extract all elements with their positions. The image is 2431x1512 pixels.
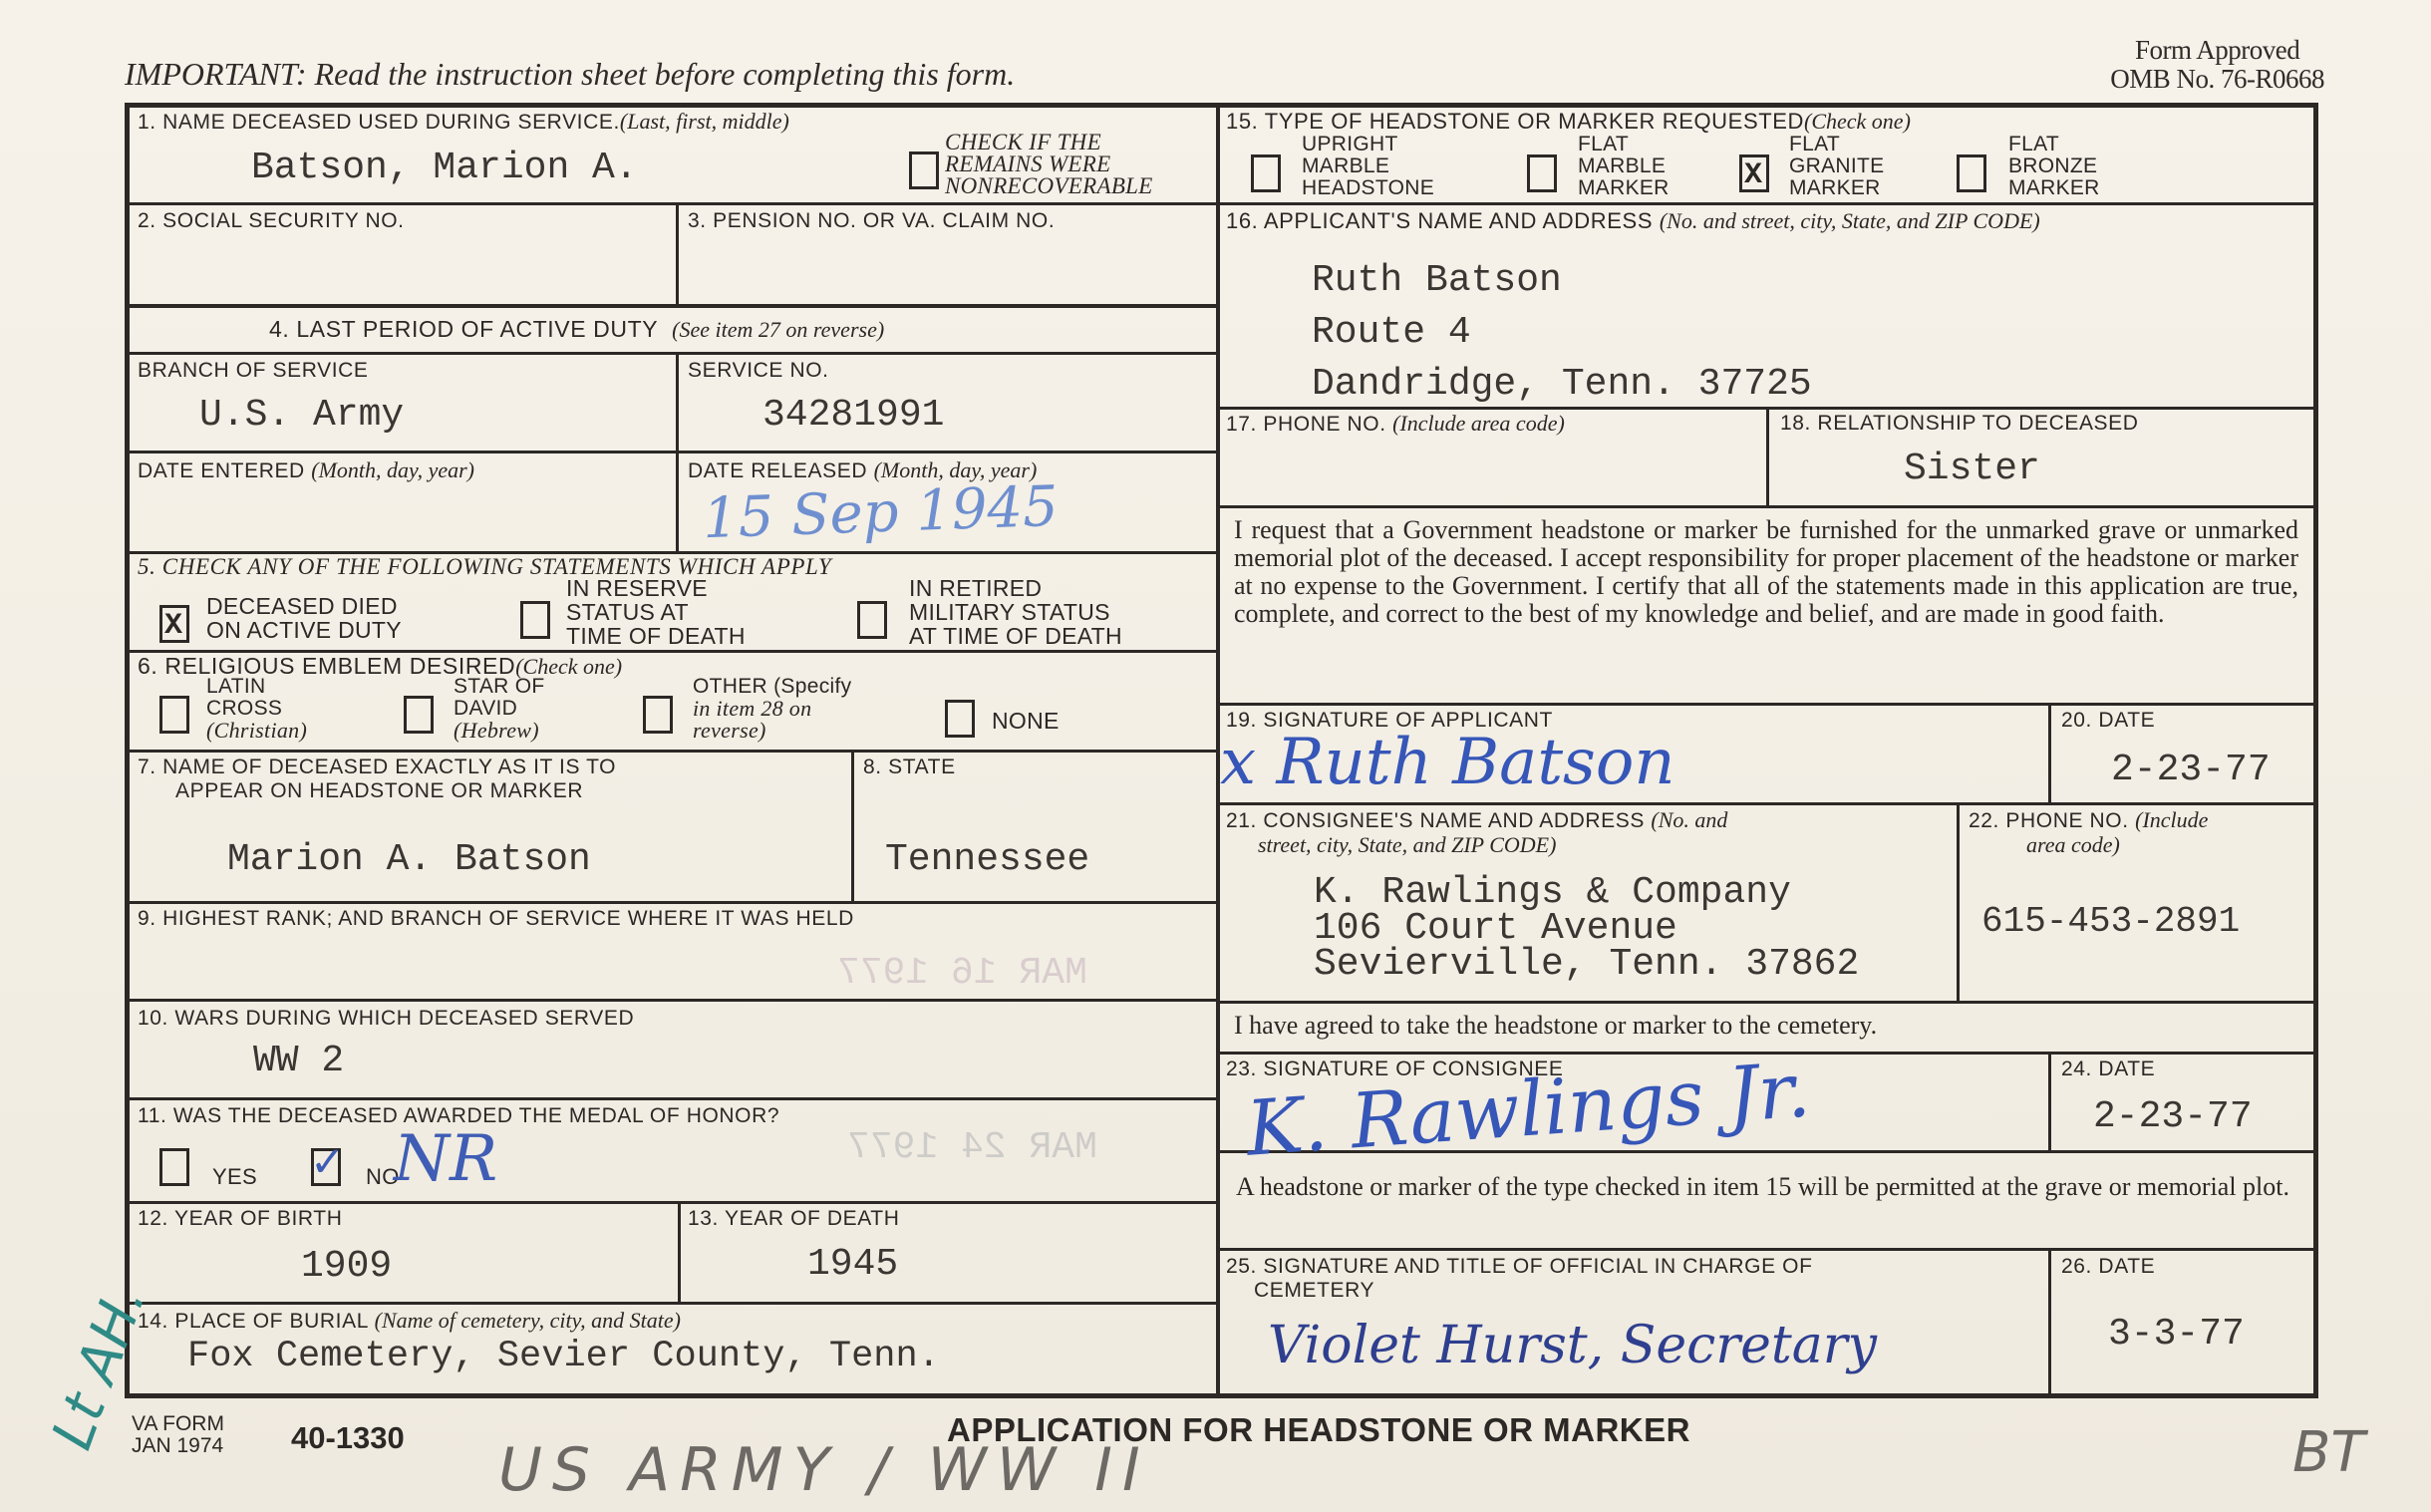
flat-granite-label: FLAT GRANITE MARKER bbox=[1789, 134, 1884, 199]
applicant-address-field[interactable]: Ruth Batson Route 4 Dandridge, Tenn. 377… bbox=[1312, 255, 1812, 411]
item-25-label-line: 25. SIGNATURE AND TITLE OF OFFICIAL IN C… bbox=[1226, 1255, 1813, 1279]
item-9-label: 9. HIGHEST RANK; AND BRANCH OF SERVICE W… bbox=[138, 907, 854, 931]
option-line: TIME OF DEATH bbox=[566, 624, 746, 648]
none-emblem-checkbox[interactable] bbox=[945, 700, 975, 738]
applicant-street: Route 4 bbox=[1312, 307, 1812, 359]
option-line: MARBLE bbox=[1302, 155, 1434, 177]
item-22-hint: area code) bbox=[2026, 832, 2120, 857]
applicant-signature[interactable]: x Ruth Batson bbox=[1220, 726, 1675, 799]
item-4-hint: (See item 27 on reverse) bbox=[672, 317, 884, 342]
branch-label: BRANCH OF SERVICE bbox=[138, 359, 369, 383]
flat-granite-checkbox[interactable] bbox=[1739, 154, 1769, 192]
option-line: GRANITE bbox=[1789, 155, 1884, 177]
option-line: (Christian) bbox=[206, 720, 307, 742]
consignee-date-field[interactable]: 2-23-77 bbox=[2093, 1096, 2253, 1138]
permit-statement: A headstone or marker of the type checke… bbox=[1236, 1172, 2302, 1201]
item-15-label: 15. TYPE OF HEADSTONE OR MARKER REQUESTE… bbox=[1226, 110, 1911, 134]
option-line: MARKER bbox=[2008, 177, 2100, 199]
divider bbox=[128, 1201, 1218, 1204]
state-field[interactable]: Tennessee bbox=[885, 839, 1089, 881]
item-24-label: 24. DATE bbox=[2061, 1058, 2155, 1081]
omb-approval: Form Approved OMB No. 76-R0668 bbox=[2110, 36, 2324, 94]
received-stamp: MAR 24 1977 bbox=[847, 1126, 1097, 1169]
divider bbox=[1218, 1001, 2315, 1004]
medal-yes-label: YES bbox=[212, 1166, 257, 1188]
applicant-city-state-zip: Dandridge, Tenn. 37725 bbox=[1312, 359, 1812, 411]
item-1-label: 1. NAME DECEASED USED DURING SERVICE.(La… bbox=[138, 110, 789, 135]
nonrecoverable-line: CHECK IF THE bbox=[945, 132, 1153, 153]
document-page: IMPORTANT: Read the instruction sheet be… bbox=[0, 0, 2431, 1512]
item-21-label-text: 21. CONSIGNEE'S NAME AND ADDRESS bbox=[1226, 809, 1645, 832]
consignee-name: K. Rawlings & Company bbox=[1314, 875, 1859, 911]
item-16-label: 16. APPLICANT'S NAME AND ADDRESS (No. an… bbox=[1226, 209, 2040, 233]
form-approved-text: Form Approved bbox=[2110, 36, 2324, 65]
omb-number: OMB No. 76-R0668 bbox=[2110, 65, 2324, 94]
item-20-label: 20. DATE bbox=[2061, 709, 2155, 733]
date-released-label-text: DATE RELEASED bbox=[688, 459, 867, 482]
option-line: FLAT bbox=[1789, 134, 1884, 155]
divider bbox=[1218, 703, 2315, 706]
item-7-label: 7. NAME OF DECEASED EXACTLY AS IT IS TO … bbox=[138, 756, 616, 803]
retired-status-label: IN RETIRED MILITARY STATUS AT TIME OF DE… bbox=[909, 576, 1122, 648]
item-12-label: 12. YEAR OF BIRTH bbox=[138, 1207, 343, 1231]
reserve-status-checkbox[interactable] bbox=[520, 601, 550, 639]
year-of-birth-field[interactable]: 1909 bbox=[301, 1246, 392, 1288]
died-on-active-duty-checkbox[interactable] bbox=[159, 605, 189, 643]
pencil-initials: BT bbox=[2292, 1420, 2365, 1485]
branch-of-service-field[interactable]: U.S. Army bbox=[199, 395, 404, 437]
option-line: reverse) bbox=[693, 720, 851, 742]
nonrecoverable-label: CHECK IF THE REMAINS WERE NONRECOVERABLE bbox=[945, 132, 1153, 197]
option-line: MILITARY STATUS bbox=[909, 600, 1122, 624]
option-line: IN RETIRED bbox=[909, 576, 1122, 600]
divider bbox=[128, 451, 1218, 454]
date-entered-hint: (Month, day, year) bbox=[311, 457, 474, 482]
divider bbox=[2048, 703, 2051, 802]
option-line: LATIN bbox=[206, 676, 307, 698]
divider bbox=[128, 352, 1218, 355]
item-4-label-text: 4. LAST PERIOD OF ACTIVE DUTY bbox=[269, 316, 658, 342]
date-released-field[interactable]: 15 Sep 1945 bbox=[702, 474, 1060, 551]
official-date-field[interactable]: 3-3-77 bbox=[2108, 1314, 2245, 1356]
flat-bronze-checkbox[interactable] bbox=[1957, 154, 1986, 192]
item-2-label: 2. SOCIAL SECURITY NO. bbox=[138, 209, 405, 233]
option-line: STATUS AT bbox=[566, 600, 746, 624]
pencil-annotation: US ARMY / WW II bbox=[498, 1435, 1150, 1505]
divider bbox=[678, 1201, 681, 1302]
received-stamp: MAR 16 1977 bbox=[837, 952, 1087, 995]
divider bbox=[2048, 1248, 2051, 1397]
divider bbox=[2048, 1052, 2051, 1150]
divider bbox=[128, 901, 1218, 904]
deceased-service-name[interactable]: Batson, Marion A. bbox=[251, 148, 638, 189]
option-line: MARKER bbox=[1578, 177, 1670, 199]
latin-cross-checkbox[interactable] bbox=[159, 696, 189, 734]
consignee-street: 106 Court Avenue bbox=[1314, 911, 1859, 947]
date-entered-label-text: DATE ENTERED bbox=[138, 459, 305, 482]
flat-bronze-label: FLAT BRONZE MARKER bbox=[2008, 134, 2100, 199]
divider bbox=[851, 750, 854, 901]
option-line: IN RESERVE bbox=[566, 576, 746, 600]
upright-marble-checkbox[interactable] bbox=[1251, 154, 1281, 192]
flat-marble-checkbox[interactable] bbox=[1527, 154, 1557, 192]
option-line: ON ACTIVE DUTY bbox=[206, 618, 402, 642]
item-25-label-line: CEMETERY bbox=[1226, 1279, 1813, 1303]
item-1-hint: (Last, first, middle) bbox=[620, 109, 789, 134]
item-17-hint: (Include area code) bbox=[1392, 411, 1565, 436]
applicant-name: Ruth Batson bbox=[1312, 255, 1812, 307]
item-15-label-text: 15. TYPE OF HEADSTONE OR MARKER REQUESTE… bbox=[1226, 109, 1804, 134]
divider bbox=[676, 202, 679, 304]
item-15-hint: (Check one) bbox=[1804, 109, 1911, 134]
divider bbox=[128, 1097, 1218, 1100]
item-16-label-text: 16. APPLICANT'S NAME AND ADDRESS bbox=[1226, 208, 1653, 233]
nonrecoverable-checkbox[interactable] bbox=[909, 151, 939, 189]
item-26-label: 26. DATE bbox=[2061, 1255, 2155, 1279]
item-21-hint: (No. and bbox=[1651, 807, 1727, 832]
option-line: CROSS bbox=[206, 698, 307, 720]
divider bbox=[128, 1302, 1218, 1305]
divider bbox=[1218, 505, 2315, 508]
item-18-label: 18. RELATIONSHIP TO DECEASED bbox=[1780, 412, 2139, 436]
option-line: DECEASED DIED bbox=[206, 594, 402, 618]
died-on-active-duty-label: DECEASED DIED ON ACTIVE DUTY bbox=[206, 594, 402, 642]
checkmark-icon: ✓ bbox=[310, 1137, 345, 1186]
applicant-certification: I request that a Government headstone or… bbox=[1234, 516, 2298, 628]
divider bbox=[1218, 1248, 2315, 1251]
item-21-label: 21. CONSIGNEE'S NAME AND ADDRESS (No. an… bbox=[1226, 808, 1727, 858]
option-line: DAVID bbox=[454, 698, 545, 720]
divider bbox=[128, 999, 1218, 1002]
nonrecoverable-line: NONRECOVERABLE bbox=[945, 175, 1153, 197]
option-line: in item 28 on bbox=[693, 698, 851, 720]
nonrecoverable-line: REMAINS WERE bbox=[945, 153, 1153, 175]
service-number-field[interactable]: 34281991 bbox=[762, 395, 944, 437]
flat-marble-label: FLAT MARBLE MARKER bbox=[1578, 134, 1670, 199]
option-line: HEADSTONE bbox=[1302, 177, 1434, 199]
consignee-statement: I have agreed to take the headstone or m… bbox=[1234, 1013, 1877, 1039]
reserve-status-label: IN RESERVE STATUS AT TIME OF DEATH bbox=[566, 576, 746, 648]
item-3-label: 3. PENSION NO. OR VA. CLAIM NO. bbox=[688, 209, 1055, 233]
option-line: BRONZE bbox=[2008, 155, 2100, 177]
form-number: 40-1330 bbox=[291, 1420, 405, 1456]
retired-status-checkbox[interactable] bbox=[857, 601, 887, 639]
divider bbox=[1766, 407, 1769, 505]
other-emblem-label: OTHER (Specify in item 28 on reverse) bbox=[693, 676, 851, 742]
item-14-label: 14. PLACE OF BURIAL (Name of cemetery, c… bbox=[138, 1309, 681, 1334]
item-14-hint: (Name of cemetery, city, and State) bbox=[375, 1308, 681, 1333]
wars-served-field[interactable]: WW 2 bbox=[253, 1041, 344, 1082]
other-emblem-checkbox[interactable] bbox=[643, 696, 673, 734]
medal-yes-checkbox[interactable] bbox=[159, 1148, 189, 1186]
divider bbox=[128, 750, 1218, 753]
latin-cross-label: LATIN CROSS (Christian) bbox=[206, 676, 307, 742]
divider bbox=[1957, 802, 1960, 1001]
item-17-label-text: 17. PHONE NO. bbox=[1226, 413, 1386, 436]
official-signature[interactable]: Violet Hurst, Secretary bbox=[1268, 1316, 1877, 1375]
item-22-hint: (Include bbox=[2135, 807, 2208, 832]
item-17-label: 17. PHONE NO. (Include area code) bbox=[1226, 412, 1565, 437]
item-25-label: 25. SIGNATURE AND TITLE OF OFFICIAL IN C… bbox=[1226, 1255, 1813, 1303]
item-4-label: 4. LAST PERIOD OF ACTIVE DUTY (See item … bbox=[269, 317, 884, 342]
option-line: FLAT bbox=[1578, 134, 1670, 155]
option-line: MARBLE bbox=[1578, 155, 1670, 177]
option-line: OTHER (Specify bbox=[693, 676, 851, 698]
va-form-id: VA FORM JAN 1974 bbox=[132, 1413, 224, 1457]
divider bbox=[1218, 202, 2315, 205]
form-edition-date: JAN 1974 bbox=[132, 1435, 224, 1457]
date-entered-label: DATE ENTERED (Month, day, year) bbox=[138, 458, 474, 483]
divider bbox=[128, 202, 1218, 205]
item-13-label: 13. YEAR OF DEATH bbox=[688, 1207, 899, 1231]
star-of-david-label: STAR OF DAVID (Hebrew) bbox=[454, 676, 545, 742]
item-22-label-text: 22. PHONE NO. bbox=[1969, 809, 2129, 832]
item-1-label-text: 1. NAME DECEASED USED DURING SERVICE. bbox=[138, 111, 620, 134]
divider bbox=[128, 304, 1218, 308]
applicant-date-field[interactable]: 2-23-77 bbox=[2111, 750, 2271, 791]
item-14-label-text: 14. PLACE OF BURIAL bbox=[138, 1310, 368, 1333]
medal-annotation: NR bbox=[394, 1122, 497, 1196]
place-of-burial-field[interactable]: Fox Cemetery, Sevier County, Tenn. bbox=[187, 1336, 940, 1377]
year-of-death-field[interactable]: 1945 bbox=[807, 1244, 898, 1286]
headstone-name-field[interactable]: Marion A. Batson bbox=[227, 839, 591, 881]
option-line: MARKER bbox=[1789, 177, 1884, 199]
va-form-label: VA FORM bbox=[132, 1413, 224, 1435]
none-emblem-label: NONE bbox=[992, 710, 1060, 732]
item-21-hint: street, city, State, and ZIP CODE) bbox=[1258, 832, 1556, 857]
divider bbox=[1218, 802, 2315, 805]
option-line: STAR OF bbox=[454, 676, 545, 698]
divider bbox=[676, 352, 679, 551]
star-of-david-checkbox[interactable] bbox=[404, 696, 434, 734]
item-22-label: 22. PHONE NO. (Include area code) bbox=[1969, 808, 2208, 858]
relationship-field[interactable]: Sister bbox=[1904, 449, 2040, 490]
option-line: AT TIME OF DEATH bbox=[909, 624, 1122, 648]
item-10-label: 10. WARS DURING WHICH DECEASED SERVED bbox=[138, 1007, 634, 1031]
item-7-label-line: APPEAR ON HEADSTONE OR MARKER bbox=[138, 779, 616, 803]
item-8-label: 8. STATE bbox=[863, 756, 956, 779]
upright-marble-label: UPRIGHT MARBLE HEADSTONE bbox=[1302, 134, 1434, 199]
option-line: (Hebrew) bbox=[454, 720, 545, 742]
item-7-label-line: 7. NAME OF DECEASED EXACTLY AS IT IS TO bbox=[138, 756, 616, 779]
item-16-hint: (No. and street, city, State, and ZIP CO… bbox=[1660, 208, 2040, 233]
service-no-label: SERVICE NO. bbox=[688, 359, 829, 383]
instruction-notice: IMPORTANT: Read the instruction sheet be… bbox=[125, 56, 1015, 93]
consignee-address-field[interactable]: K. Rawlings & Company 106 Court Avenue S… bbox=[1314, 875, 1859, 983]
medal-no-checkbox[interactable]: ✓ bbox=[311, 1148, 341, 1186]
option-line: FLAT bbox=[2008, 134, 2100, 155]
option-line: UPRIGHT bbox=[1302, 134, 1434, 155]
consignee-city-state-zip: Sevierville, Tenn. 37862 bbox=[1314, 947, 1859, 983]
consignee-phone-field[interactable]: 615-453-2891 bbox=[1981, 901, 2240, 943]
